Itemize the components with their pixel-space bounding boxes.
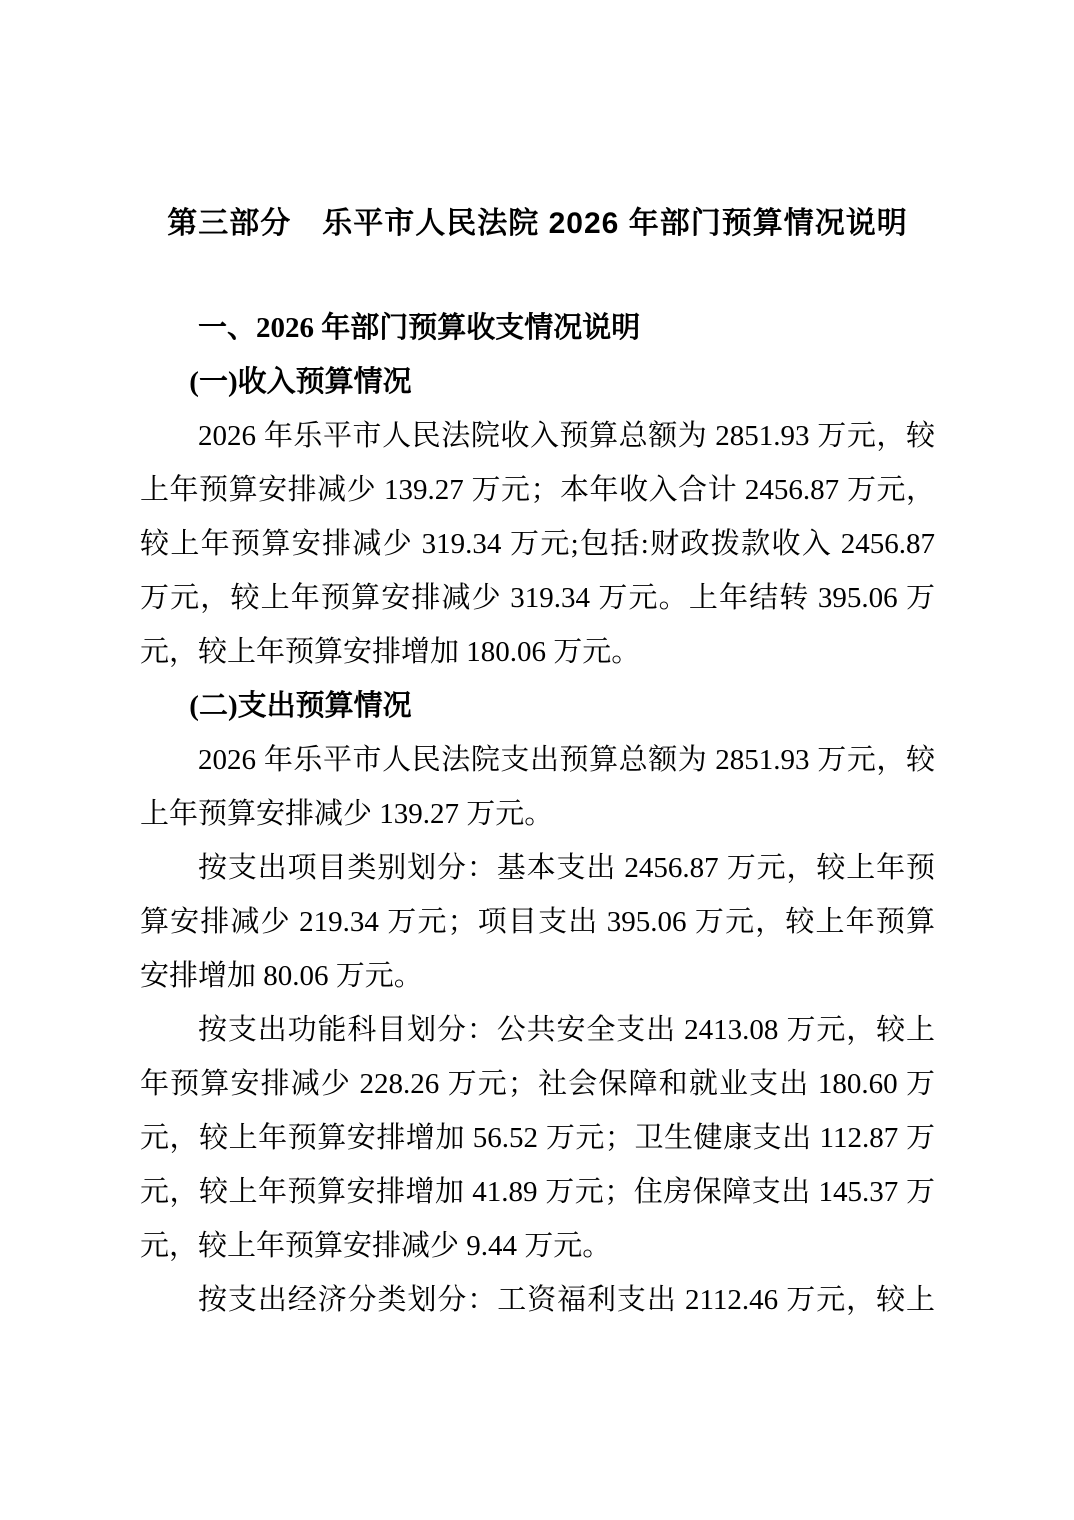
paragraph-line: 元，较上年预算安排增加 180.06 万元。 [140,625,935,679]
subsection-heading-income: (一)收入预算情况 [140,355,935,409]
document-page: 第三部分 乐平市人民法院 2026 年部门预算情况说明 一、2026 年部门预算… [0,0,1074,1520]
paragraph-line: 按支出经济分类划分：工资福利支出 2112.46 万元，较上 [140,1273,935,1327]
paragraph-line: 年预算安排减少 228.26 万元；社会保障和就业支出 180.60 万 [140,1057,935,1111]
paragraph-line: 上年预算安排减少 139.27 万元。 [140,787,935,841]
subsection-heading-expenditure: (二)支出预算情况 [140,679,935,733]
paragraph-line: 万元，较上年预算安排减少 319.34 万元。上年结转 395.06 万 [140,571,935,625]
paragraph-line: 上年预算安排减少 139.27 万元；本年收入合计 2456.87 万元， [140,463,935,517]
title-spacer [140,251,935,301]
paragraph-line: 较上年预算安排减少 319.34 万元;包括:财政拨款收入 2456.87 [140,517,935,571]
paragraph-line: 算安排减少 219.34 万元；项目支出 395.06 万元，较上年预算 [140,895,935,949]
paragraph-line: 安排增加 80.06 万元。 [140,949,935,1003]
paragraph-line: 2026 年乐平市人民法院收入预算总额为 2851.93 万元，较 [140,409,935,463]
paragraph-line: 按支出项目类别划分：基本支出 2456.87 万元，较上年预 [140,841,935,895]
section-heading-1: 一、2026 年部门预算收支情况说明 [140,301,935,355]
paragraph-line: 2026 年乐平市人民法院支出预算总额为 2851.93 万元，较 [140,733,935,787]
paragraph-line: 按支出功能科目划分：公共安全支出 2413.08 万元，较上 [140,1003,935,1057]
document-body: 第三部分 乐平市人民法院 2026 年部门预算情况说明 一、2026 年部门预算… [140,197,935,1327]
document-title: 第三部分 乐平市人民法院 2026 年部门预算情况说明 [140,197,935,251]
paragraph-line: 元，较上年预算安排增加 56.52 万元；卫生健康支出 112.87 万 [140,1111,935,1165]
paragraph-line: 元，较上年预算安排减少 9.44 万元。 [140,1219,935,1273]
paragraph-line: 元，较上年预算安排增加 41.89 万元；住房保障支出 145.37 万 [140,1165,935,1219]
